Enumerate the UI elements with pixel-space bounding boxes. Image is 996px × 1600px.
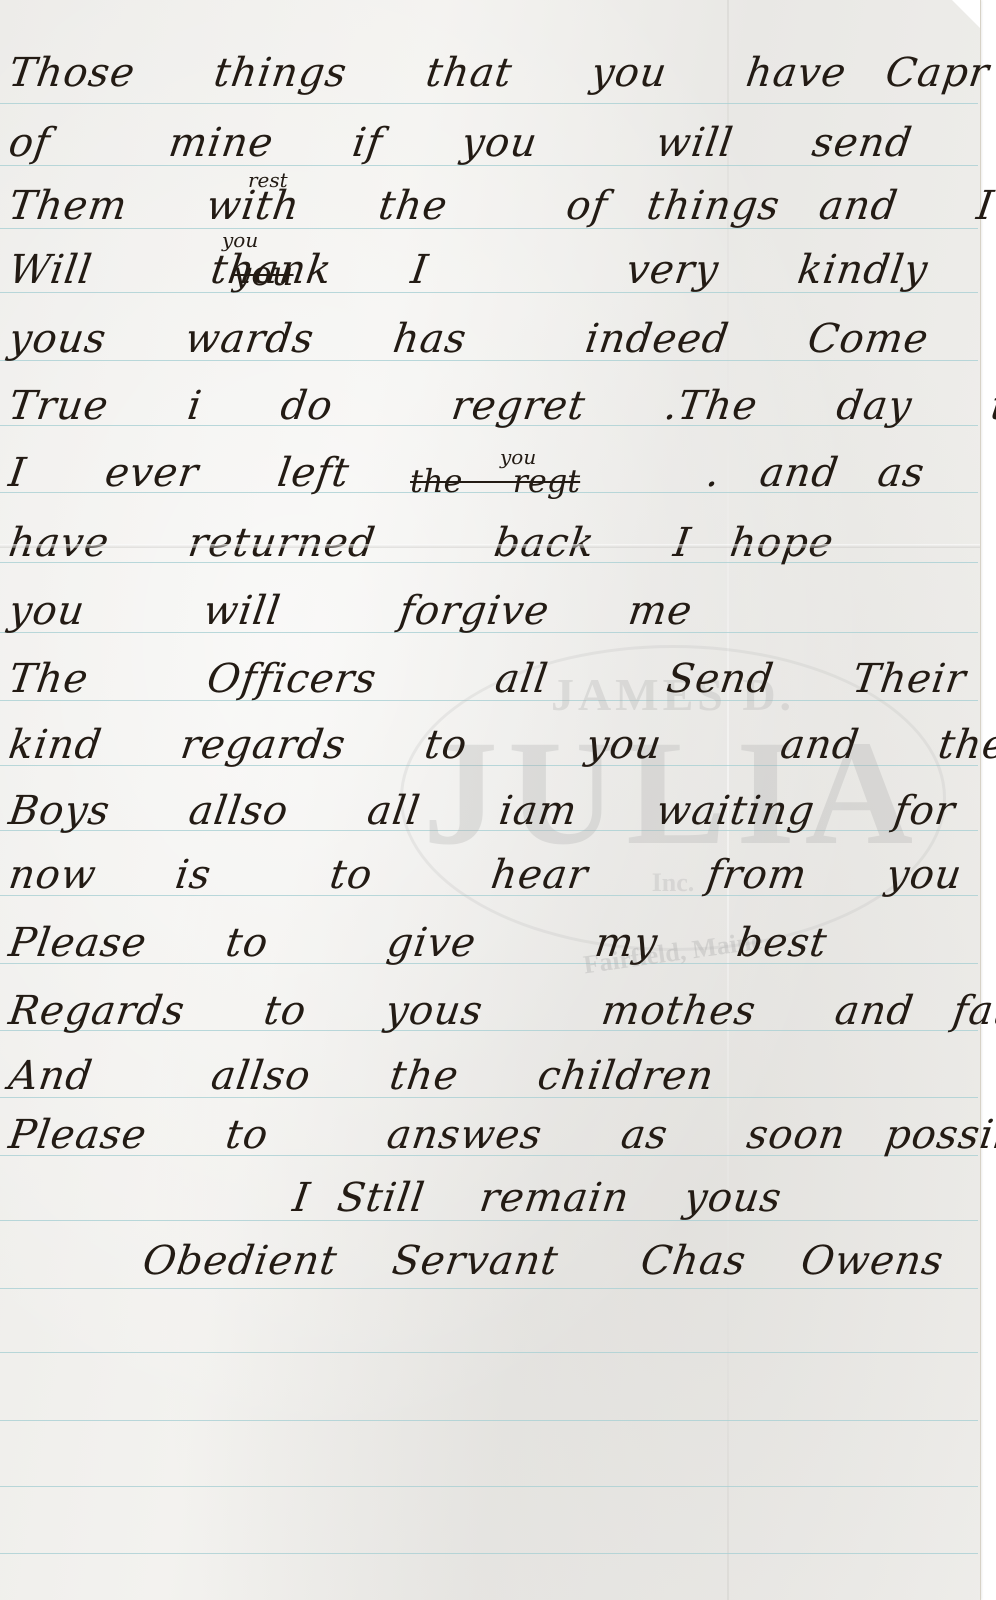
letter-line: Regards to yous mothes and fathes bbox=[6, 988, 996, 1034]
letter-line: Please to answes as soon possible bbox=[6, 1112, 996, 1158]
letter-line: Those things that you have Capr bbox=[6, 50, 992, 96]
letter-line: Please to give my best bbox=[6, 920, 830, 966]
insertion-above: you bbox=[222, 228, 258, 252]
letter-line: Them with the of things and I bbox=[6, 183, 996, 229]
signature-line: Obedient Servant Chas Owens bbox=[140, 1238, 947, 1284]
ruled-line bbox=[0, 1420, 978, 1421]
ruled-line bbox=[0, 1352, 978, 1353]
ruled-line bbox=[0, 1553, 978, 1554]
letter-line: kind regards to you and the bbox=[6, 722, 996, 768]
letter-line: of mine if you will send bbox=[6, 120, 915, 166]
ruled-line bbox=[0, 103, 978, 104]
letter-line: True i do regret .The day that bbox=[6, 383, 996, 429]
letter-line: now is to hear from you bbox=[6, 852, 965, 898]
closing-line: I Still remain yous bbox=[290, 1175, 785, 1221]
struck-word: you bbox=[232, 254, 294, 294]
letter-line: have returned back I hope bbox=[6, 520, 837, 566]
letter-line: Will thank I very kindly bbox=[6, 247, 931, 293]
letter-page: JAMES D. JULIA Inc. Fairfield, Maine Tho… bbox=[0, 0, 981, 1600]
ruled-line bbox=[0, 1288, 978, 1289]
letter-line: you will forgive me bbox=[6, 588, 696, 634]
letter-line: Boys allso all iam waiting for bbox=[6, 788, 958, 834]
page-corner bbox=[952, 0, 980, 28]
letter-line: yous wards has indeed Come bbox=[6, 316, 932, 362]
letter-line: The Officers all Send Their bbox=[6, 656, 969, 702]
insertion-above: rest bbox=[248, 168, 288, 192]
struck-word: the regt bbox=[410, 462, 580, 500]
ruled-line bbox=[0, 1486, 978, 1487]
letter-line: And allso the children bbox=[6, 1053, 717, 1099]
